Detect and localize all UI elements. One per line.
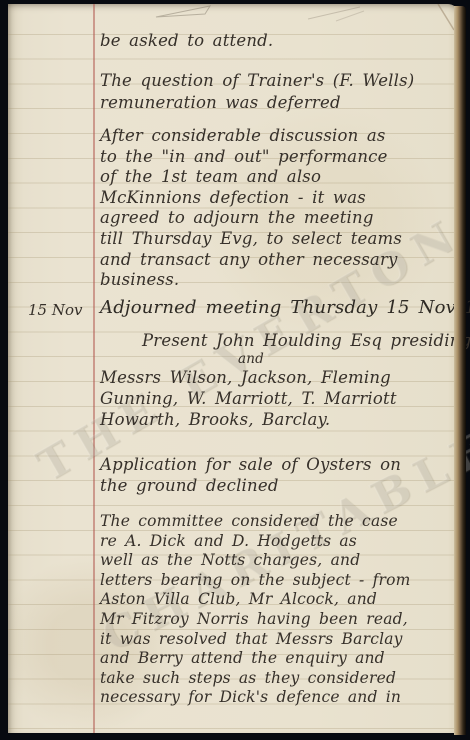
red-margin-rule	[93, 4, 95, 733]
handwriting-line: and	[238, 351, 456, 367]
meeting-heading: Adjourned meeting Thursday 15 Nov 1888	[100, 298, 456, 319]
minutes-paragraph-attend: be asked to attend.	[100, 30, 456, 52]
handwriting-line: Application for sale of Oysters on	[100, 454, 456, 475]
handwriting-line: The question of Trainer's (F. Wells)	[100, 70, 456, 92]
handwriting-line: Messrs Wilson, Jackson, Fleming	[100, 367, 456, 388]
handwriting-line: letters bearing on the subject - from	[100, 571, 456, 591]
handwriting-line: business.	[100, 270, 456, 291]
handwriting-line: it was resolved that Messrs Barclay	[100, 630, 456, 650]
minutes-paragraph-attendees: Present John Houlding Esq presiding and …	[100, 330, 456, 430]
handwriting-line: remuneration was deferred	[100, 92, 456, 114]
handwriting-line: be asked to attend.	[100, 30, 456, 52]
handwriting-line: agreed to adjourn the meeting	[100, 208, 456, 229]
minutes-paragraph-discussion: After considerable discussion as to the …	[100, 126, 456, 291]
handwriting-line: Gunning, W. Marriott, T. Marriott	[100, 388, 456, 409]
handwriting-line: to the "in and out" performance	[100, 147, 456, 168]
handwriting-line: Aston Villa Club, Mr Alcock, and	[100, 590, 456, 610]
handwriting-line: well as the Notts charges, and	[100, 551, 456, 571]
handwriting-line: take such steps as they considered	[100, 669, 456, 689]
handwriting-line: After considerable discussion as	[100, 126, 456, 147]
handwriting-line: Howarth, Brooks, Barclay.	[100, 409, 456, 430]
handwriting-line: necessary for Dick's defence and in	[100, 688, 456, 708]
minutes-paragraph-case: The committee considered the case re A. …	[100, 512, 456, 708]
minutes-paragraph-trainer: The question of Trainer's (F. Wells) rem…	[100, 70, 456, 114]
handwriting-line: of the 1st team and also	[100, 167, 456, 188]
handwriting-line: McKinnions defection - it was	[100, 188, 456, 209]
minute-book-page: THE EVERTON COLLECTION CHARITABLE TRUST …	[8, 4, 458, 733]
handwriting-line: Mr Fitzroy Norris having been read,	[100, 610, 456, 630]
handwriting-line: and transact any other necessary	[100, 250, 456, 271]
minutes-paragraph-oysters: Application for sale of Oysters on the g…	[100, 454, 456, 496]
handwriting-line: the ground declined	[100, 475, 456, 496]
handwriting-line: Adjourned meeting Thursday 15 Nov 1888	[100, 298, 456, 319]
handwriting-line: re A. Dick and D. Hodgetts as	[100, 532, 456, 552]
handwriting-line: and Berry attend the enquiry and	[100, 649, 456, 669]
margin-date-note: 15 Nov	[28, 301, 90, 319]
handwriting-line: till Thursday Evg, to select teams	[100, 229, 456, 250]
handwriting-line: The committee considered the case	[100, 512, 456, 532]
handwriting-line: Present John Houlding Esq presiding	[142, 330, 456, 351]
page-edge-stack	[454, 6, 466, 735]
